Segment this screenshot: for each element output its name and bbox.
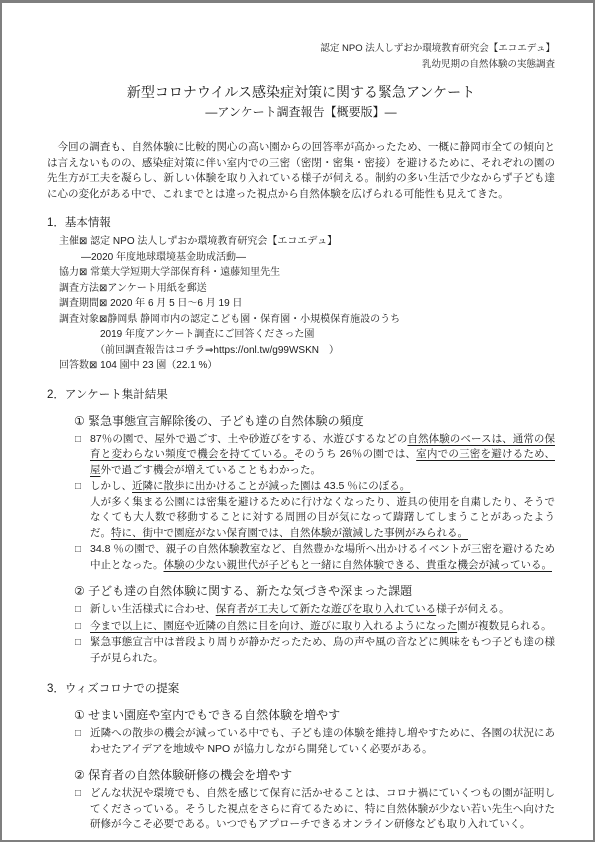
bullet-text: 34.8 ％の園で、親子の自然体験教室など、自然豊かな場所へ出かけるイベントが三…: [90, 542, 555, 573]
info-line-target-sub: 2019 年度アンケート調査にご回答くださった園: [47, 327, 555, 343]
section-heading-results: 2．アンケート集計結果: [47, 388, 555, 403]
info-line-organizer: 主催⊠ 認定 NPO 法人しずおか環境教育研究会【エコエデュ】: [47, 234, 555, 250]
subsection-title-frequency: ① 緊急事態宣言解除後の、子ども達の自然体験の頻度: [47, 413, 555, 429]
info-line-period: 調査期間⊠ 2020 年 6 月 5 日～6 月 19 日: [47, 296, 555, 312]
info-line-organizer-sub: ―2020 年度地球環境基金助成活動―: [47, 250, 555, 266]
doc-title: 新型コロナウイルス感染症対策に関する緊急アンケート: [47, 83, 555, 101]
document-page: 認定 NPO 法人しずおか環境教育研究会【エコエデュ】 乳幼児期の自然体験の実態…: [0, 0, 595, 842]
prev-report-prefix: （前回調査報告はコチラ⇒: [95, 345, 213, 356]
intro-paragraph: 今回の調査も、自然体験に比較的関心の高い園からの回答率が高かったため、一概に静岡…: [47, 140, 555, 202]
checkbox-icon: □: [75, 479, 90, 541]
section-survey-results: 2．アンケート集計結果 ① 緊急事態宣言解除後の、子ども達の自然体験の頻度 □ …: [47, 388, 555, 667]
doc-subtitle: ―アンケート調査報告【概要版】―: [47, 105, 555, 120]
subsection-awareness: ② 子ども達の自然体験に関する、新たな気づきや深まった課題 □ 新しい生活様式に…: [47, 583, 555, 666]
checkbox-icon: □: [75, 542, 90, 573]
subsection-increase-experience: ① せまい園庭や室内でもできる自然体験を増やす □ 近隣への散歩の機会が減ってい…: [47, 707, 555, 757]
checkbox-icon: □: [75, 432, 90, 479]
prev-report-suffix: ）: [319, 345, 339, 356]
bullet-text: 87％の園で、屋外で過ごす、土や砂遊びをする、水遊びするなどの自然体験のベースは…: [90, 432, 555, 479]
info-line-method: 調査方法⊠アンケート用紙を郵送: [47, 281, 555, 297]
bullet-text: どんな状況や環境でも、自然を感じて保育に活かせることは、コロナ禍にていくつもの園…: [90, 786, 555, 833]
doc-header: 認定 NPO 法人しずおか環境教育研究会【エコエデュ】 乳幼児期の自然体験の実態…: [47, 41, 555, 73]
bullet-item: □ 新しい生活様式に合わせ、保育者が工夫して新たな遊びを取り入れている様子が伺え…: [47, 602, 555, 618]
bullet-item: □ 今まで以上に、園庭や近隣の自然に目を向け、遊びに取り入れるようになった園が複…: [47, 619, 555, 635]
org-name-line: 認定 NPO 法人しずおか環境教育研究会【エコエデュ】: [47, 41, 555, 57]
bullet-item: □ 緊急事態宣言中は普段より周りが静かだったため、鳥の声や風の音などに興味をもつ…: [47, 635, 555, 666]
survey-name-line: 乳幼児期の自然体験の実態調査: [47, 57, 555, 73]
subsection-title-awareness: ② 子ども達の自然体験に関する、新たな気づきや深まった課題: [47, 583, 555, 599]
checkbox-icon: □: [75, 786, 90, 833]
bullet-item: □ 34.8 ％の園で、親子の自然体験教室など、自然豊かな場所へ出かけるイベント…: [47, 542, 555, 573]
bullet-text: 近隣への散歩の機会が減っている中でも、子ども達の体験を維持し増やすために、各園の…: [90, 726, 555, 757]
bullet-text: 今まで以上に、園庭や近隣の自然に目を向け、遊びに取り入れるようになった園が複数見…: [90, 619, 555, 635]
info-line-responses: 回答数⊠ 104 園中 23 園（22.1 %）: [47, 358, 555, 374]
info-line-cooperation: 協力⊠ 常葉大学短期大学部保育科・遠藤知里先生: [47, 265, 555, 281]
section-proposals: 3．ウィズコロナでの提案 ① せまい園庭や室内でもできる自然体験を増やす □ 近…: [47, 682, 555, 833]
info-line-target: 調査対象⊠静岡県 静岡市内の認定こども園・保育園・小規模保育施設のうち: [47, 312, 555, 328]
subsection-training: ② 保育者の自然体験研修の機会を増やす □ どんな状況や環境でも、自然を感じて保…: [47, 767, 555, 833]
checkbox-icon: □: [75, 726, 90, 757]
bullet-item: □ 87％の園で、屋外で過ごす、土や砂遊びをする、水遊びするなどの自然体験のベー…: [47, 432, 555, 479]
bullet-item: □ どんな状況や環境でも、自然を感じて保育に活かせることは、コロナ禍にていくつも…: [47, 786, 555, 833]
basic-info-lines: 主催⊠ 認定 NPO 法人しずおか環境教育研究会【エコエデュ】 ―2020 年度…: [47, 234, 555, 374]
bullet-text: 緊急事態宣言中は普段より周りが静かだったため、鳥の声や風の音などに興味をもつ子ど…: [90, 635, 555, 666]
section-basic-info: 1．基本情報 主催⊠ 認定 NPO 法人しずおか環境教育研究会【エコエデュ】 ―…: [47, 216, 555, 374]
checkbox-icon: □: [75, 635, 90, 666]
subsection-title-training: ② 保育者の自然体験研修の機会を増やす: [47, 767, 555, 783]
checkbox-icon: □: [75, 602, 90, 618]
bullet-item: □ 近隣への散歩の機会が減っている中でも、子ども達の体験を維持し増やすために、各…: [47, 726, 555, 757]
bullet-item: □ しかし、近隣に散歩に出かけることが減った園は 43.5 ％にのぼる。 人が多…: [47, 479, 555, 541]
subsection-frequency: ① 緊急事態宣言解除後の、子ども達の自然体験の頻度 □ 87％の園で、屋外で過ご…: [47, 413, 555, 574]
bullet-text: しかし、近隣に散歩に出かけることが減った園は 43.5 ％にのぼる。 人が多く集…: [90, 479, 555, 541]
section-heading-proposals: 3．ウィズコロナでの提案: [47, 682, 555, 697]
info-line-prev-report: （前回調査報告はコチラ⇒https://onl.tw/g99WSKN ）: [47, 343, 555, 359]
bullet-text: 新しい生活様式に合わせ、保育者が工夫して新たな遊びを取り入れている様子が伺える。: [90, 602, 555, 618]
checkbox-icon: □: [75, 619, 90, 635]
section-heading-basic: 1．基本情報: [47, 216, 555, 231]
subsection-title-increase-experience: ① せまい園庭や室内でもできる自然体験を増やす: [47, 707, 555, 723]
prev-report-link[interactable]: https://onl.tw/g99WSKN: [213, 345, 319, 356]
